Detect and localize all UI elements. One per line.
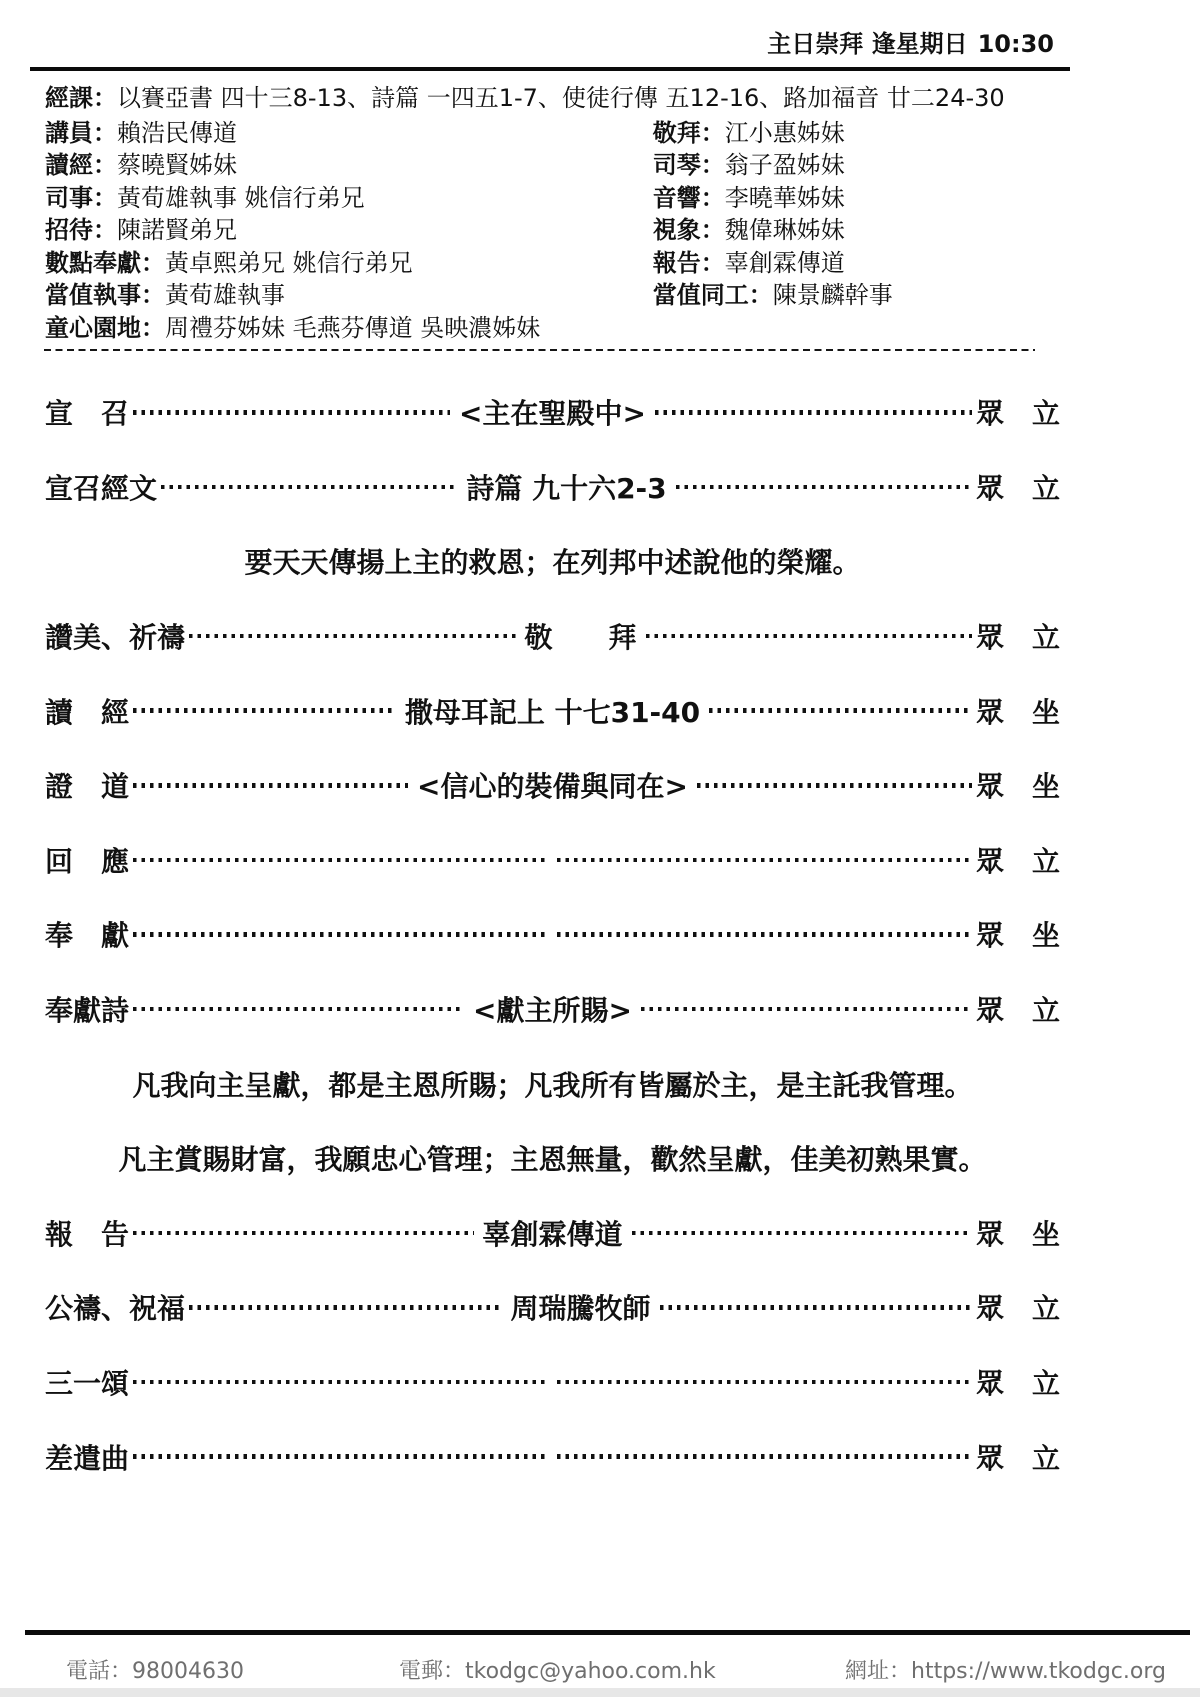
dot-leader [557, 932, 972, 937]
service-item-title: 辜創霖傳道 [478, 1213, 628, 1253]
role-label: 當值執事： [45, 281, 165, 309]
dot-leader [133, 410, 450, 415]
role-label: 敬拜： [653, 119, 725, 147]
role-value: 黃荀雄執事 姚信行弟兄 [117, 184, 365, 212]
congregation-posture: 眾 坐 [976, 914, 1060, 954]
congregation-posture: 眾 立 [976, 1287, 1060, 1327]
dot-leader [189, 1305, 501, 1310]
email-value: tkodgc@yahoo.com.hk [465, 1659, 716, 1684]
dot-leader [557, 858, 972, 863]
footer-website: 網址：https://www.tkodgc.org [845, 1654, 1166, 1685]
congregation-posture: 眾 立 [976, 840, 1060, 880]
service-item-title: <主在聖殿中> [454, 392, 651, 432]
congregation-posture: 眾 坐 [976, 1213, 1060, 1253]
service-row-sermon: 證 道 <信心的裝備與同在> 眾 坐 [45, 748, 1060, 823]
web-value: https://www.tkodgc.org [911, 1659, 1166, 1684]
dot-leader [660, 1305, 972, 1310]
info-row: 當值執事：黃荀雄執事 當值同工：陳景麟幹事 [45, 279, 1058, 312]
service-row-call-to-worship: 宣 召 <主在聖殿中> 眾 立 [45, 375, 1060, 450]
info-row: 招待：陳諾賢弟兄 視象：魏偉琳姊妹 [45, 214, 1058, 247]
dot-leader [632, 1231, 972, 1236]
dot-leader [133, 1231, 473, 1236]
service-row-prayer-benediction: 公禱、祝福 周瑞騰牧師 眾 立 [45, 1270, 1060, 1345]
footer-phone: 電話：98004630 [66, 1654, 244, 1685]
web-label: 網址： [845, 1659, 911, 1684]
role-label: 司事： [45, 184, 117, 212]
congregation-posture: 眾 坐 [976, 765, 1060, 805]
role-label: 招待： [45, 216, 117, 244]
dot-leader [133, 1380, 548, 1385]
service-item-label: 奉獻詩 [45, 989, 129, 1029]
dot-leader [189, 634, 515, 639]
dot-leader [161, 485, 457, 490]
service-item-label: 公禱、祝福 [45, 1287, 185, 1327]
congregation-posture: 眾 坐 [976, 691, 1060, 731]
dot-leader [646, 634, 972, 639]
dot-leader [133, 932, 548, 937]
dot-leader [641, 1007, 972, 1012]
dot-leader [676, 485, 972, 490]
service-item-label: 宣召經文 [45, 467, 157, 507]
role-label: 童心園地： [45, 314, 165, 342]
role-value: 辜創霖傳道 [725, 249, 845, 277]
phone-label: 電話： [66, 1659, 132, 1684]
role-value: 黃卓熙弟兄 姚信行弟兄 [165, 249, 413, 277]
dot-leader [133, 783, 408, 788]
service-item-label: 證 道 [45, 765, 129, 805]
service-item-label: 差遣曲 [45, 1437, 129, 1477]
lectionary-line: 經課：以賽亞書 四十三8-13、詩篇 一四五1-7、使徒行傳 五12-16、路加… [45, 82, 1058, 115]
role-value: 周禮芬姊妹 毛燕芬傳道 吳映濃姊妹 [165, 314, 540, 342]
order-of-service: 宣 召 <主在聖殿中> 眾 立 宣召經文 詩篇 九十六2-3 眾 立 要天天傳揚… [45, 375, 1060, 1494]
dot-leader [557, 1380, 972, 1385]
service-item-title: <獻主所賜> [468, 989, 637, 1029]
role-label: 司琴： [653, 151, 725, 179]
service-row-offering-hymn: 奉獻詩 <獻主所賜> 眾 立 [45, 972, 1060, 1047]
dot-leader [557, 1454, 972, 1459]
congregation-posture: 眾 立 [976, 1437, 1060, 1477]
role-label: 讀經： [45, 151, 117, 179]
service-row-call-scripture: 宣召經文 詩篇 九十六2-3 眾 立 [45, 450, 1060, 525]
lectionary-value: 以賽亞書 四十三8-13、詩篇 一四五1-7、使徒行傳 五12-16、路加福音 … [117, 84, 1005, 112]
role-value: 賴浩民傳道 [117, 119, 237, 147]
service-item-title: 敬 拜 [520, 616, 642, 656]
service-row-response: 回 應 眾 立 [45, 823, 1060, 898]
service-item-title: 詩篇 九十六2-3 [461, 467, 671, 507]
offering-hymn-text-line2: 凡主賞賜財富，我願忠心管理；主恩無量，歡然呈獻，佳美初熟果實。 [45, 1121, 1060, 1196]
scan-edge-strip [0, 1688, 1200, 1697]
info-row: 數點奉獻：黃卓熙弟兄 姚信行弟兄 報告：辜創霖傳道 [45, 247, 1058, 280]
bulletin-page: 主日崇拜 逢星期日10:30 經課：以賽亞書 四十三8-13、詩篇 一四五1-7… [0, 0, 1200, 1697]
scripture-text: 要天天傳揚上主的救恩；在列邦中述說他的榮耀。 [45, 524, 1060, 599]
dot-leader [655, 410, 972, 415]
service-row-doxology: 三一頌 眾 立 [45, 1345, 1060, 1420]
service-item-label: 報 告 [45, 1213, 129, 1253]
header-rule [30, 67, 1070, 71]
service-item-title: 周瑞騰牧師 [506, 1287, 656, 1327]
service-item-label: 奉 獻 [45, 914, 129, 954]
dot-leader [133, 1454, 548, 1459]
service-item-label: 讚美、祈禱 [45, 616, 185, 656]
service-item-title: <信心的裝備與同在> [412, 765, 693, 805]
role-value: 黃荀雄執事 [165, 281, 285, 309]
footer-email: 電郵：tkodgc@yahoo.com.hk [399, 1654, 716, 1685]
congregation-posture: 眾 立 [976, 392, 1060, 432]
congregation-posture: 眾 立 [976, 1362, 1060, 1402]
email-label: 電郵： [399, 1659, 465, 1684]
service-row-offering: 奉 獻 眾 坐 [45, 897, 1060, 972]
service-row-praise-prayer: 讚美、祈禱 敬 拜 眾 立 [45, 599, 1060, 674]
congregation-posture: 眾 立 [976, 989, 1060, 1029]
service-row-scripture-reading: 讀 經 撒母耳記上 十七31-40 眾 坐 [45, 673, 1060, 748]
lectionary-label: 經課： [45, 84, 117, 112]
footer-rule [25, 1630, 1190, 1635]
dot-leader [133, 858, 548, 863]
service-row-sending-song: 差遣曲 眾 立 [45, 1419, 1060, 1494]
role-value: 陳諾賢弟兄 [117, 216, 237, 244]
service-banner: 主日崇拜 逢星期日10:30 [767, 24, 1054, 59]
info-row: 司事：黃荀雄執事 姚信行弟兄 音響：李曉華姊妹 [45, 182, 1058, 215]
banner-time: 10:30 [978, 30, 1054, 58]
congregation-posture: 眾 立 [976, 467, 1060, 507]
service-info: 經課：以賽亞書 四十三8-13、詩篇 一四五1-7、使徒行傳 五12-16、路加… [45, 82, 1058, 344]
dot-leader [697, 783, 972, 788]
info-row: 童心園地：周禮芬姊妹 毛燕芬傳道 吳映濃姊妹 [45, 312, 1058, 345]
role-value: 魏偉琳姊妹 [725, 216, 845, 244]
service-item-label: 三一頌 [45, 1362, 129, 1402]
service-item-label: 回 應 [45, 840, 129, 880]
role-label: 當值同工： [653, 281, 773, 309]
role-value: 陳景麟幹事 [773, 281, 893, 309]
service-item-label: 讀 經 [45, 691, 129, 731]
service-item-title: 撒母耳記上 十七31-40 [400, 691, 705, 731]
role-label: 數點奉獻： [45, 249, 165, 277]
dashed-divider [44, 349, 1035, 351]
service-item-label: 宣 召 [45, 392, 129, 432]
role-label: 講員： [45, 119, 117, 147]
role-value: 翁子盈姊妹 [725, 151, 845, 179]
dot-leader [133, 708, 396, 713]
info-row: 讀經：蔡曉賢姊妹 司琴：翁子盈姊妹 [45, 149, 1058, 182]
role-label: 報告： [653, 249, 725, 277]
info-row: 講員：賴浩民傳道 敬拜：江小惠姊妹 [45, 117, 1058, 150]
role-value: 李曉華姊妹 [725, 184, 845, 212]
dot-leader [133, 1007, 464, 1012]
role-value: 蔡曉賢姊妹 [117, 151, 237, 179]
congregation-posture: 眾 立 [976, 616, 1060, 656]
phone-value: 98004630 [132, 1659, 244, 1684]
dot-leader [709, 708, 972, 713]
role-label: 視象： [653, 216, 725, 244]
offering-hymn-text-line1: 凡我向主呈獻，都是主恩所賜；凡我所有皆屬於主，是主託我管理。 [45, 1046, 1060, 1121]
banner-title: 主日崇拜 逢星期日 [767, 30, 967, 58]
role-value: 江小惠姊妹 [725, 119, 845, 147]
role-label: 音響： [653, 184, 725, 212]
service-row-announcements: 報 告 辜創霖傳道 眾 坐 [45, 1196, 1060, 1271]
